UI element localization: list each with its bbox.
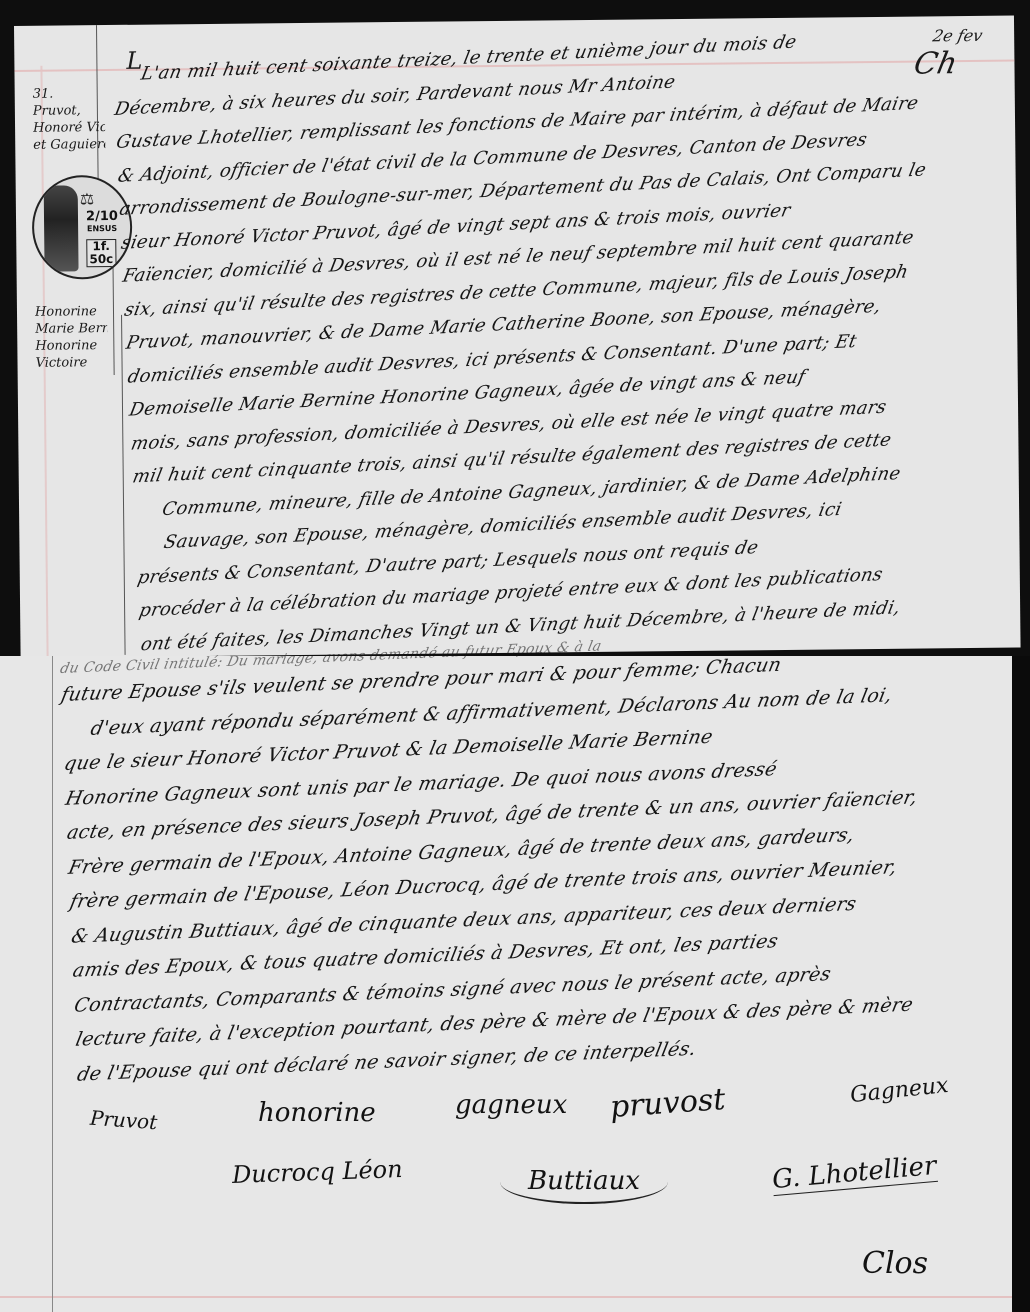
justice-figure-icon: [44, 185, 79, 271]
signature-groom: Pruvot: [89, 1106, 158, 1135]
margin-note: Honorine: [35, 337, 107, 355]
register-page-upper: L 2e fev Ch 31. Pruvot, Honoré Victor et…: [14, 16, 1021, 658]
margin-note: Honorine: [35, 303, 107, 321]
stamp-value-top: 2/10 ENSUS: [86, 211, 118, 235]
signature-bride: honorine: [258, 1098, 376, 1128]
signature-witness: Ducrocq Léon: [232, 1155, 403, 1189]
record-text-upper: L'an mil huit cent soixante treize, le t…: [112, 15, 1030, 661]
signature-witness: gagneux: [455, 1090, 567, 1120]
stamp-value-top-text: 2/10: [86, 209, 118, 224]
record-text-lower: du Code Civil intitulé: Du mariage, avon…: [60, 621, 1017, 1092]
margin-note: Marie Bernine: [35, 320, 107, 338]
signatures-area: Pruvot honorine gagneux pruvost Gagneux …: [0, 1080, 1012, 1312]
margin-note: Honoré Victor: [33, 119, 105, 137]
stamp-value-bottom: 1f. 50c: [86, 239, 116, 267]
signature-witness: Buttiaux: [500, 1160, 668, 1204]
scales-of-justice-icon: ⚖: [80, 189, 95, 208]
stamp-value-top-sub: ENSUS: [86, 223, 118, 235]
margin-note: Pruvot,: [33, 102, 105, 120]
margin-record-number: 31.: [33, 85, 105, 103]
margin-divider-mid: [113, 265, 115, 375]
margin-note: Victoire: [35, 354, 107, 372]
signature-officer: G. Lhotellier: [771, 1151, 938, 1196]
stamp-value-bottom-sub: 50c: [89, 252, 113, 266]
signature-witness: pruvost: [609, 1082, 726, 1125]
margin-note: et Gaguiere: [33, 136, 105, 154]
closing-mark: Clos: [862, 1246, 928, 1281]
